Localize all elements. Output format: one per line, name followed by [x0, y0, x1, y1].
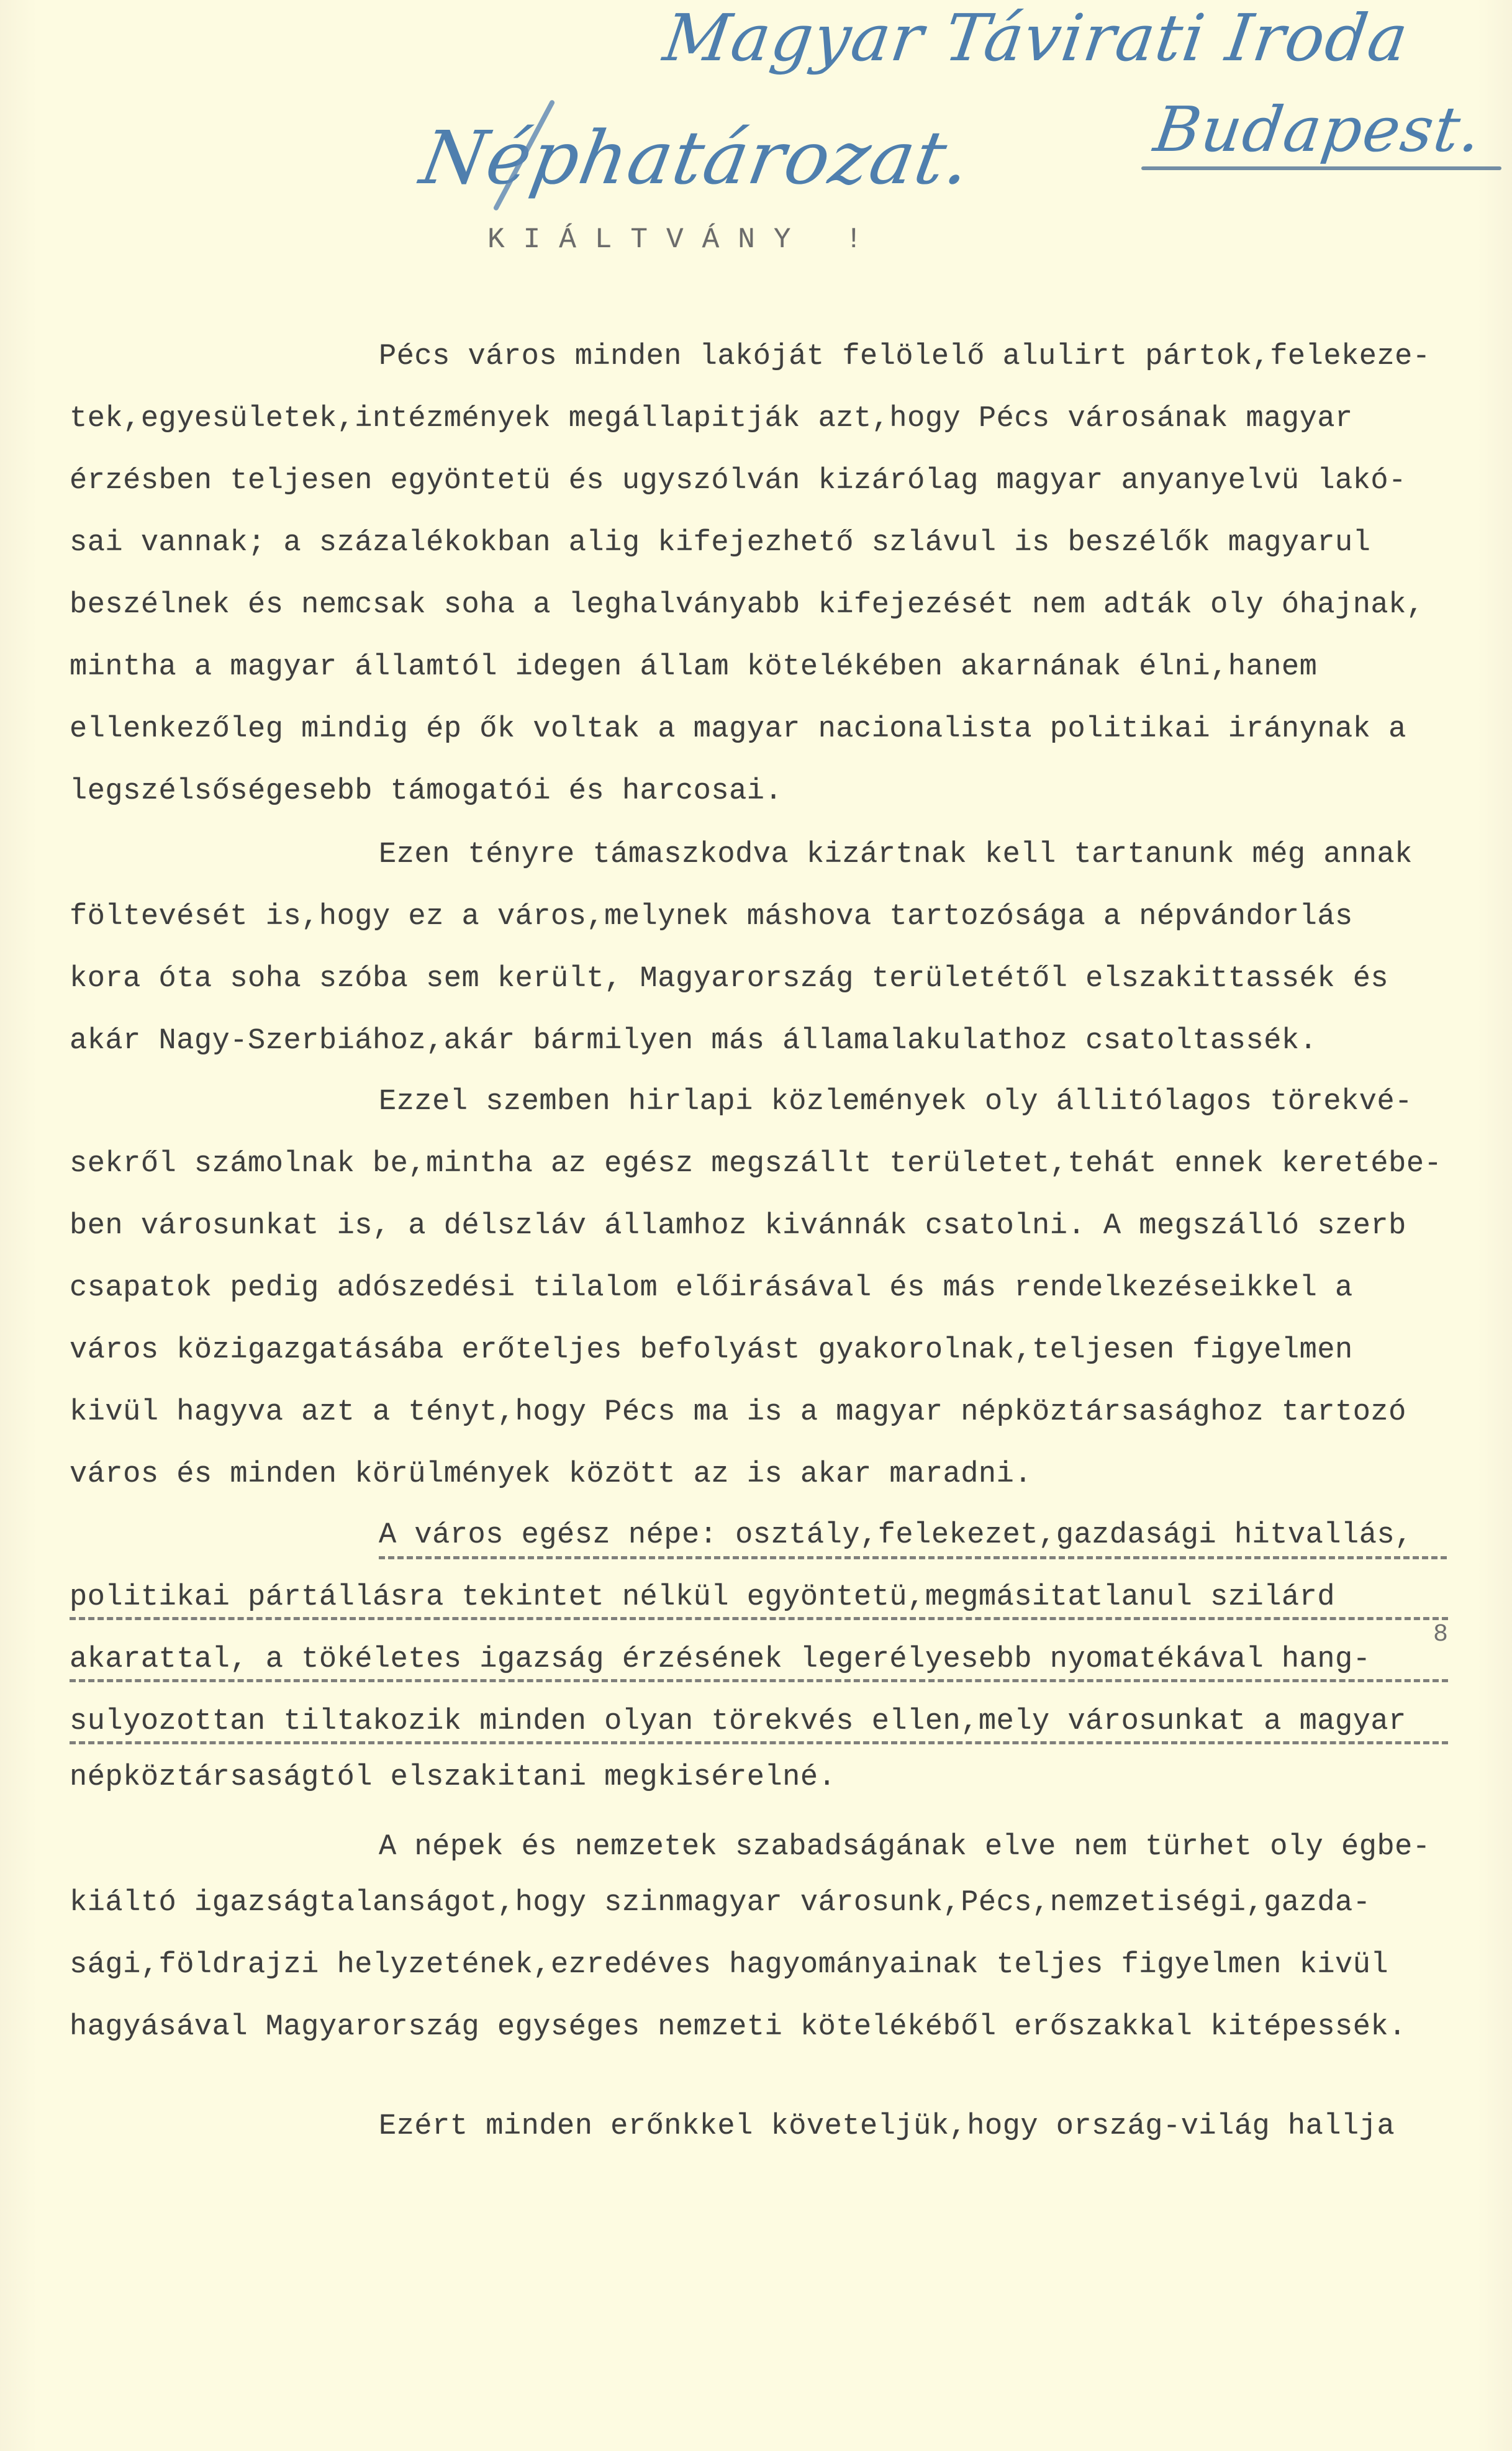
paragraph-1-line: mintha a magyar államtól idegen állam kö… — [70, 651, 1317, 684]
typed-underline — [70, 1679, 1448, 1682]
paragraph-2-line: kora óta soha szóba sem került, Magyaror… — [70, 963, 1388, 995]
paragraph-2-line: föltevését is,hogy ez a város,melynek má… — [70, 900, 1353, 933]
margin-mark: 8 — [1433, 1621, 1448, 1649]
paragraph-4-line: politikai pártállásra tekintet nélkül eg… — [70, 1581, 1335, 1614]
typed-underline — [379, 1556, 1447, 1559]
handwritten-place-underline — [1141, 166, 1501, 170]
paragraph-1-line: legszélsőségesebb támogatói és harcosai. — [70, 775, 782, 808]
paragraph-1-line: ellenkezőleg mindig ép ők voltak a magya… — [70, 713, 1406, 746]
paragraph-5-line: A népek és nemzetek szabadságának elve n… — [379, 1831, 1431, 1864]
paragraph-4-line: sulyozottan tiltakozik minden olyan töre… — [70, 1705, 1406, 1738]
paragraph-2-line: Ezen tényre támaszkodva kizártnak kell t… — [379, 838, 1413, 871]
handwritten-agency-name: Magyar Távirati Iroda — [659, 0, 1413, 76]
paragraph-3-line: sekről számolnak be,mintha az egész megs… — [70, 1148, 1442, 1180]
paragraph-1-line: Pécs város minden lakóját felölelő aluli… — [379, 340, 1431, 373]
paragraph-6-line: Ezért minden erőnkkel követeljük,hogy or… — [379, 2110, 1395, 2143]
paragraph-4-line: akarattal, a tökéletes igazság érzésének… — [70, 1643, 1370, 1676]
paragraph-5-line: kiáltó igazságtalanságot,hogy szinmagyar… — [70, 1887, 1370, 1919]
paragraph-4-line: népköztársaságtól elszakitani megkisérel… — [70, 1761, 836, 1794]
document-heading: KIÁLTVÁNY ! — [487, 224, 881, 256]
paragraph-3-line: ben városunkat is, a délszláv államhoz k… — [70, 1210, 1406, 1243]
paragraph-1-line: beszélnek és nemcsak soha a leghalványab… — [70, 589, 1424, 622]
paragraph-1-line: tek,egyesületek,intézmények megállapitjá… — [70, 402, 1353, 435]
typed-underline — [70, 1741, 1448, 1744]
paragraph-3-line: kivül hagyva azt a tényt,hogy Pécs ma is… — [70, 1396, 1406, 1429]
paragraph-2-line: akár Nagy-Szerbiához,akár bármilyen más … — [70, 1025, 1317, 1058]
paragraph-1-line: sai vannak; a százalékokban alig kifejez… — [70, 527, 1370, 560]
paragraph-3-line: csapatok pedig adószedési tilalom előirá… — [70, 1272, 1353, 1305]
paragraph-4-line: A város egész népe: osztály,felekezet,ga… — [379, 1519, 1413, 1552]
paragraph-3-line: város és minden körülmények között az is… — [70, 1458, 1032, 1491]
paragraph-3-line: Ezzel szemben hirlapi közlemények oly ál… — [379, 1085, 1413, 1118]
paragraph-1-line: érzésben teljesen egyöntetü és ugyszólvá… — [70, 464, 1406, 497]
paragraph-3-line: város közigazgatásába erőteljes befolyás… — [70, 1334, 1353, 1367]
handwritten-place: Budapest. — [1150, 93, 1487, 166]
typed-underline — [70, 1617, 1448, 1620]
paragraph-5-line: sági,földrajzi helyzetének,ezredéves hag… — [70, 1949, 1388, 1982]
paragraph-5-line: hagyásával Magyarország egységes nemzeti… — [70, 2011, 1406, 2044]
handwritten-title: Néphatározat. — [415, 115, 979, 201]
